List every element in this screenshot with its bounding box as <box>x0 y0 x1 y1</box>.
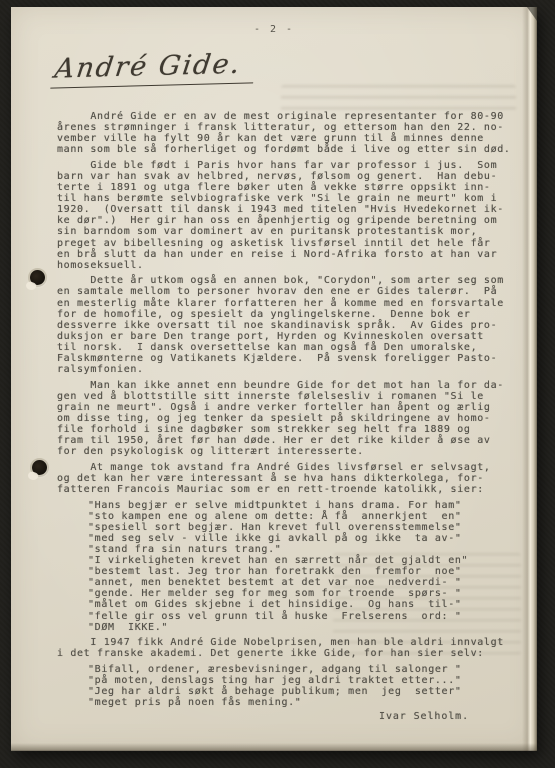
text-line: til hans berømte selvbiografiske verk "S… <box>57 193 527 204</box>
handwritten-title: André Gide. <box>50 48 257 88</box>
text-line: og det kan her være interessant å se hva… <box>57 473 527 484</box>
text-line: I 1947 fikk André Gide Nobelprisen, men … <box>57 637 527 648</box>
scanned-page-background: - 2 - André Gide. André Gide er en av de… <box>0 0 555 768</box>
document-page: - 2 - André Gide. André Gide er en av de… <box>11 7 537 751</box>
text-line: gen ved å blottstille sitt innerste føle… <box>57 391 527 402</box>
text-line: vember ville ha fylt 90 år kan det være … <box>57 133 527 144</box>
text-line: At mange tok avstand fra André Gides liv… <box>57 462 527 473</box>
text-line: "med seg selv - ville ikke gi avkall på … <box>88 533 527 544</box>
body-paragraph: I 1947 fikk André Gide Nobelprisen, men … <box>57 637 527 659</box>
text-line: Man kan ikke annet enn beundre Gide for … <box>57 380 527 391</box>
quoted-passage: "Bifall, ordener, æresbevisninger, adgan… <box>88 664 527 708</box>
text-line: "felle gir oss vel grunn til å huske Fre… <box>88 611 527 622</box>
page-stack-edge <box>522 7 537 751</box>
text-line: ralsymfonien. <box>57 364 527 375</box>
text-line: preget av bibellesning og asketisk livsf… <box>57 238 527 249</box>
page-corner-fold <box>527 7 537 21</box>
text-line: "stand fra sin naturs trang." <box>88 544 527 555</box>
text-line: "spesiell sort begjær. Han krevet full o… <box>88 522 527 533</box>
text-line: "på moten, denslags ting har jeg aldri t… <box>88 675 527 686</box>
document-body: André Gide er en av de mest originale re… <box>57 111 527 708</box>
text-line: "Hans begjær er selve midtpunktet i hans… <box>88 500 527 511</box>
text-line: Dette år utkom også en annen bok, "Coryd… <box>57 275 527 286</box>
text-line: fatteren Francois Mauriac som er en rett… <box>57 484 527 495</box>
body-paragraph: Gide ble født i Paris hvor hans far var … <box>57 160 527 271</box>
body-paragraph: Man kan ikke annet enn beundre Gide for … <box>57 380 527 458</box>
punch-hole-top <box>30 270 45 285</box>
text-line: "bestemt last. Jeg tror han foretrakk de… <box>88 566 527 577</box>
body-paragraph: At mange tok avstand fra André Gides liv… <box>57 462 527 495</box>
text-line: duksjon er bare Den trange port, Hyrden … <box>57 331 527 342</box>
text-line: en samtale mellom to personer hvorav den… <box>57 286 527 297</box>
text-line: "gende. Her melder seg for meg som for t… <box>88 588 527 599</box>
punch-hole-bottom <box>32 460 47 475</box>
text-line: i det franske akademi. Det generte ikke … <box>57 648 527 659</box>
page-number: - 2 - <box>11 24 537 35</box>
text-line: "målet om Gides skjebne i det hinsidige.… <box>88 599 527 610</box>
text-line: barn var han svak av helbred, nervøs, fø… <box>57 171 527 182</box>
text-line: til norsk. I dansk oversettelse kan man … <box>57 342 527 353</box>
page-bottom-shadow <box>11 743 537 751</box>
quoted-passage: "Hans begjær er selve midtpunktet i hans… <box>88 500 527 633</box>
text-line: file forhold i sine dagbøker som strekke… <box>57 424 527 435</box>
text-line: "DØM IKKE." <box>88 622 527 633</box>
text-line: terte i 1891 og utga flere bøker uten å … <box>57 182 527 193</box>
text-line: Falskmønterne og Vatikanets Kjældere. På… <box>57 353 527 364</box>
text-line: Gide ble født i Paris hvor hans far var … <box>57 160 527 171</box>
text-line: for den psykologisk og litterært interes… <box>57 446 527 457</box>
text-line: 1920. (Oversatt til dansk i 1943 med tit… <box>57 204 527 215</box>
text-line: grain ne meurt". Også i andre verker for… <box>57 402 527 413</box>
text-line: "Bifall, ordener, æresbevisninger, adgan… <box>88 664 527 675</box>
signature: Ivar Selholm. <box>379 711 469 722</box>
text-line: "meget pris på noen fås mening." <box>88 697 527 708</box>
bleedthrough-ghost-text <box>281 85 516 111</box>
text-line: en mesterlig måte klarer forfatteren her… <box>57 298 527 309</box>
text-line: om disse ting, og jeg tenker da spesielt… <box>57 413 527 424</box>
text-line: fram til 1950, året før han døde. Her er… <box>57 435 527 446</box>
text-line: en brå slutt da han under en reise i Nor… <box>57 249 527 260</box>
text-line: André Gide er en av de mest originale re… <box>57 111 527 122</box>
text-line: "sto kampen ene og alene om dette: Å få … <box>88 511 527 522</box>
text-line: "I virkeligheten krevet han en særrett n… <box>88 555 527 566</box>
text-line: mann som ble så forherliget og fordømt b… <box>57 144 527 155</box>
text-line: for de homofile, og spesielt da ynglinge… <box>57 309 527 320</box>
body-paragraph: André Gide er en av de mest originale re… <box>57 111 527 155</box>
text-line: ke dør".) Her gir han oss en åpenhjertig… <box>57 215 527 226</box>
text-line: "annet, men benektet bestemt at det var … <box>88 577 527 588</box>
text-line: sin barndom som var dominert av en purit… <box>57 226 527 237</box>
text-line: dessverre ikke oversatt til noe skandina… <box>57 320 527 331</box>
body-paragraph: Dette år utkom også en annen bok, "Coryd… <box>57 275 527 375</box>
text-line: "Jeg har aldri søkt å behage publikum; m… <box>88 686 527 697</box>
text-line: årenes strømninger i fransk litteratur, … <box>57 122 527 133</box>
text-line: homoseksuell. <box>57 260 527 271</box>
